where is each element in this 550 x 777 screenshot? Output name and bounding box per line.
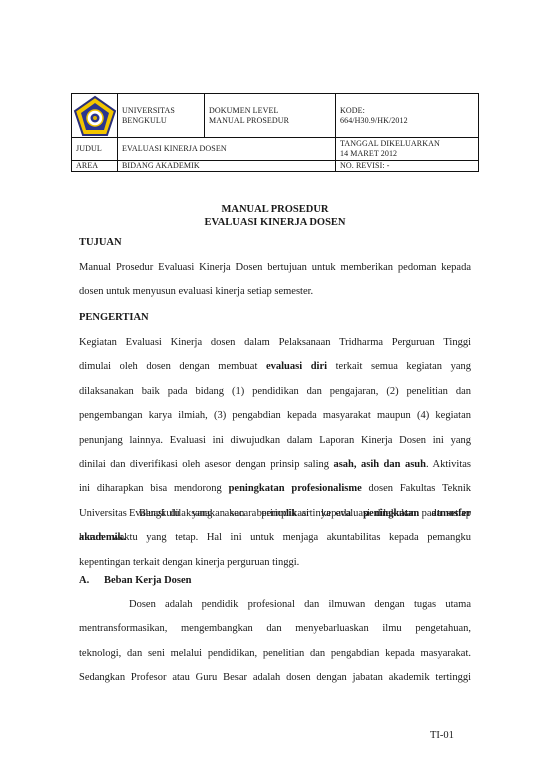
tujuan-paragraph: Manual Prosedur Evaluasi Kinerja Dosen b… [79,256,471,305]
section-a-paragraph: Dosen adalah pendidik profesional dan il… [79,593,471,691]
code-cell: KODE: 664/H30.9/HK/2012 [336,94,479,138]
heading-pengertian: PENGERTIAN [79,312,149,323]
area-label: AREA [72,161,118,172]
university-line-2: BENGKULU [122,116,200,126]
university-cell: UNIVERSITAS BENGKULU [118,94,205,138]
title-line-1: MANUAL PROSEDUR [0,203,550,216]
section-a-heading: A.Beban Kerja Dosen [79,575,192,586]
text-line: mentransformasikan, mengembangkan dan me… [79,617,471,641]
text-line: pengembangan karya ilmiah, (3) pengabdia… [79,404,471,428]
text-line: kurun waktu yang tetap. Hal ini untuk me… [79,526,471,550]
university-line-1: UNIVERSITAS [122,106,200,116]
text-run: dosen Fakultas Teknik [362,483,471,494]
university-emblem-icon [73,95,117,137]
section-title: Beban Kerja Dosen [104,575,192,586]
area-value: BIDANG AKADEMIK [118,161,336,172]
document-title: MANUAL PROSEDUR EVALUASI KINERJA DOSEN [0,203,550,229]
issued-date: 14 MARET 2012 [340,149,474,159]
text-line: Evaluasi dilaksanakan secara periodik ar… [79,502,471,526]
pengertian-paragraph-2: Evaluasi dilaksanakan secara periodik ar… [79,502,471,575]
text-line: Kegiatan Evaluasi Kinerja dosen dalam Pe… [79,331,471,355]
logo-cell [72,94,118,138]
text-run: terkait semua kegiatan yang [327,361,471,372]
text-line: ini diharapkan bisa mendorong peningkata… [79,477,471,501]
text-line: Dosen adalah pendidik profesional dan il… [79,593,471,617]
revision-cell: NO. REVISI: - [336,161,479,172]
bold-text: asah, asih dan asuh [333,459,426,470]
page-footer-code: TI-01 [430,730,454,741]
code-label: KODE: [340,106,474,116]
text-line: Manual Prosedur Evaluasi Kinerja Dosen b… [79,256,471,280]
text-line: dinilai dan diverifikasi oleh asesor den… [79,453,471,477]
text-line: Sedangkan Profesor atau Guru Besar adala… [79,666,471,690]
doc-level-label: DOKUMEN LEVEL [209,106,331,116]
text-run: . Aktivitas [426,459,471,470]
text-line: teknologi, dan seni melalui pendidikan, … [79,642,471,666]
text-line: dosen untuk menyusun evaluasi kinerja se… [79,280,471,304]
text-run: ini diharapkan bisa mendorong [79,483,229,494]
document-page: UNIVERSITAS BENGKULU DOKUMEN LEVEL MANUA… [0,0,550,777]
code-value: 664/H30.9/HK/2012 [340,116,474,126]
bold-text: peningkatan profesionalisme [229,483,362,494]
doc-level-value: MANUAL PROSEDUR [209,116,331,126]
text-line: kepentingan terkait dengan kinerja pergu… [79,551,471,575]
section-letter: A. [79,575,104,586]
judul-label: JUDUL [72,138,118,161]
text-line: penunjang lainnya. Evaluasi ini diwujudk… [79,429,471,453]
text-run: dinilai dan diverifikasi oleh asesor den… [79,459,333,470]
text-line: dilaksanakan baik pada bidang (1) pendid… [79,380,471,404]
document-header-table: UNIVERSITAS BENGKULU DOKUMEN LEVEL MANUA… [71,93,479,172]
judul-value: EVALUASI KINERJA DOSEN [118,138,336,161]
text-run: dimulai oleh dosen dengan membuat [79,361,266,372]
doc-level-cell: DOKUMEN LEVEL MANUAL PROSEDUR [205,94,336,138]
issued-label: TANGGAL DIKELUARKAN [340,139,474,149]
issued-cell: TANGGAL DIKELUARKAN 14 MARET 2012 [336,138,479,161]
heading-tujuan: TUJUAN [79,237,122,248]
text-line: dimulai oleh dosen dengan membuat evalua… [79,355,471,379]
title-line-2: EVALUASI KINERJA DOSEN [0,216,550,229]
bold-text: evaluasi diri [266,361,327,372]
